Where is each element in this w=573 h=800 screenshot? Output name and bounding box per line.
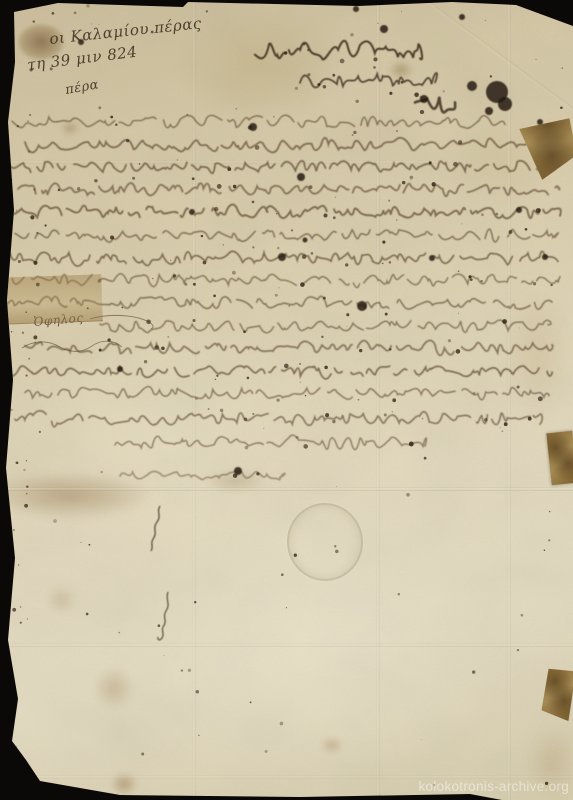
ink-line [18,183,560,196]
ink-line [15,229,558,242]
ink-line [255,41,422,60]
ink-blot [234,467,242,475]
ink-blot [189,209,195,215]
ink-blot [249,123,257,131]
ink-line [25,340,553,355]
annotation-line-3: πέρα [63,77,100,98]
ink-blot [459,14,465,20]
ink-line [10,161,555,174]
stain [110,772,138,796]
ink-blot [297,173,305,181]
letter-page: οι Καλαμίου πέρας τη 39 μιν 824 πέρα Ὀφη… [0,0,573,800]
stain [94,666,134,710]
tape-fragment [537,665,573,721]
ink-line [415,97,455,113]
ink-line [12,115,505,128]
ink-blot [353,6,359,12]
ink-blot [420,95,428,103]
embossed-seal [282,498,368,586]
ink-line [15,411,542,427]
crease-line [0,775,573,779]
annotation-line-2: τη 39 μιν 824 [26,43,138,74]
ink-blot [485,107,493,115]
stain [46,586,76,614]
ink-line [120,471,285,479]
tape-fragment [546,431,573,485]
ink-line [25,387,549,400]
crease-line [192,0,196,800]
ink-blot [429,255,435,261]
ink-blot [278,253,286,261]
ink-line [12,274,560,288]
stain [388,60,414,80]
crease-line [0,643,573,647]
annotation-line-1: οι Καλαμίου πέρας [49,14,203,48]
ink-blot [516,207,522,213]
tape-fragment [504,98,573,186]
crease-line [0,160,440,164]
margin-underline-flourish [22,341,122,351]
crease-line [0,487,573,491]
crease-line [426,0,573,112]
ink-line [5,296,552,309]
ink-line [300,73,437,87]
ink-blot [542,254,548,260]
stain [320,736,344,754]
ink-blot [498,97,512,111]
stain [0,472,150,518]
stain [18,24,64,60]
ink-line [8,205,561,219]
ink-blot [550,139,556,145]
crease-line [376,0,380,800]
ink-line [5,366,552,379]
margin-note: Ὀφηλος [33,311,84,329]
ink-line [25,138,548,153]
stain [205,470,265,492]
scan-stage: οι Καλαμίου πέρας τη 39 μιν 824 πέρα Ὀφη… [0,0,573,800]
stain [528,728,573,798]
ink-line [5,251,558,266]
ink-blot [357,301,367,311]
handwriting-bleedthrough-layer: οι Καλαμίου πέρας τη 39 μιν 824 πέρα Ὀφη… [0,0,573,800]
ink-line [115,435,426,449]
ink-blot [467,81,477,91]
stain [60,120,80,136]
crease-line [507,0,511,800]
ink-blot [303,238,308,243]
ink-blot [117,366,123,372]
ink-blot [486,81,508,103]
margin-note-flourish [90,315,153,329]
tape-fragment [0,274,103,325]
marginal-scribble [158,592,168,640]
ink-blot [537,119,543,125]
ink-blot [380,25,388,33]
top-left-annotation: οι Καλαμίου πέρας τη 39 μιν 824 πέρα [26,14,202,98]
ink-line [100,320,551,333]
stain [505,290,573,420]
marginal-scribble [151,506,160,551]
ink-blot [78,39,84,45]
